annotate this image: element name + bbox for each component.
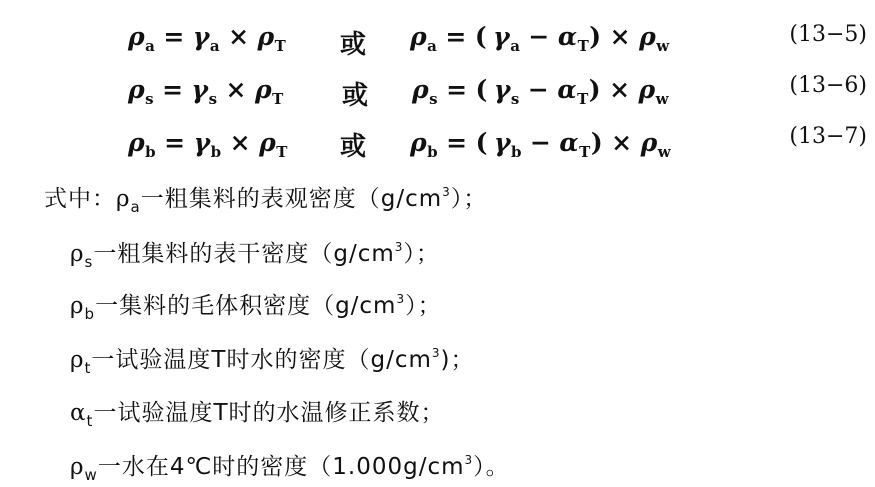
rho-symbol: ρ: [641, 128, 658, 157]
definition-text: 一集料的毛体积密度（g/cm: [95, 293, 396, 319]
rho-symbol: ρ: [128, 22, 145, 51]
definition-tail: ）；: [451, 186, 488, 212]
equation-row-13-5: ρa=γa×ρT 或 ρa=(γa−αT)×ρw (13−5): [0, 22, 875, 62]
subscript: T: [579, 143, 591, 161]
subscript: T: [276, 143, 288, 161]
equals-sign: =: [162, 75, 183, 104]
definition-text: 一粗集料的表干密度（g/cm: [93, 241, 394, 267]
or-word: 或: [342, 75, 368, 112]
rho-symbol: ρ: [128, 75, 145, 104]
definition-tail: )；: [441, 347, 475, 373]
equals-sign: =: [164, 128, 185, 157]
definition-line-rho-t: ρt一试验温度T时水的密度（g/cm3)；: [70, 341, 475, 377]
definition-tail: ）。: [473, 454, 510, 480]
definition-line-rho-a: 式中：ρa一粗集料的表观密度（g/cm3）；: [44, 180, 487, 216]
close-paren: ): [589, 22, 601, 51]
open-paren: (: [476, 128, 488, 157]
equation-row-13-6: ρs=γs×ρT 或 ρs=(γs−αT)×ρw (13−6): [0, 75, 875, 115]
gamma-symbol: γ: [494, 128, 511, 157]
subscript: w: [656, 90, 669, 108]
subscript: s: [429, 90, 438, 108]
times-sign: ×: [230, 128, 251, 157]
gamma-symbol: γ: [194, 128, 211, 157]
definitions-prefix: 式中：: [44, 186, 116, 212]
definition-line-rho-w: ρw一水在4℃时的密度（1.000g/cm3）。: [70, 448, 510, 484]
close-paren: ): [591, 128, 603, 157]
rho-symbol: ρ: [258, 22, 275, 51]
gamma-symbol: γ: [494, 75, 511, 104]
subscript: b: [211, 143, 222, 161]
alpha-symbol: α: [70, 400, 87, 426]
subscript: s: [145, 90, 154, 108]
subscript: a: [145, 37, 155, 55]
rho-symbol: ρ: [255, 75, 272, 104]
definition-text: 一水在4℃时的密度（1.000g/cm: [98, 454, 465, 480]
definition-text: 一粗集料的表观密度（g/cm: [141, 186, 442, 212]
definition-line-rho-b: ρb一集料的毛体积密度（g/cm3）；: [70, 287, 442, 323]
superscript: 3: [465, 453, 474, 467]
equation-right: ρs=(γs−αT)×ρw: [412, 75, 669, 108]
definition-line-rho-s: ρs一粗集料的表干密度（g/cm3）；: [70, 235, 440, 271]
equation-row-13-7: ρb=γb×ρT 或 ρb=(γb−αT)×ρw (13−7): [0, 128, 875, 168]
times-sign: ×: [610, 22, 631, 51]
rho-symbol: ρ: [259, 128, 276, 157]
definition-text: 一试验温度T时水的密度（g/cm: [91, 347, 431, 373]
gamma-symbol: γ: [192, 75, 209, 104]
minus-sign: −: [530, 128, 551, 157]
subscript: w: [656, 37, 669, 55]
subscript: w: [85, 466, 98, 484]
subscript: w: [658, 143, 671, 161]
or-word: 或: [340, 24, 366, 61]
rho-symbol: ρ: [639, 75, 656, 104]
equals-sign: =: [445, 22, 466, 51]
superscript: 3: [442, 185, 451, 199]
rho-symbol: ρ: [410, 128, 427, 157]
alpha-symbol: α: [559, 128, 579, 157]
subscript: T: [275, 37, 287, 55]
equals-sign: =: [446, 128, 467, 157]
subscript: s: [511, 90, 520, 108]
subscript: b: [85, 305, 96, 323]
rho-symbol: ρ: [70, 241, 85, 267]
superscript: 3: [432, 346, 441, 360]
open-paren: (: [475, 22, 487, 51]
subscript: a: [131, 198, 141, 216]
gamma-symbol: γ: [493, 22, 510, 51]
equation-right: ρa=(γa−αT)×ρw: [410, 22, 670, 55]
times-sign: ×: [609, 75, 630, 104]
subscript: T: [577, 90, 589, 108]
definition-text: 一试验温度T时的水温修正系数；: [93, 400, 444, 426]
equation-left: ρa=γa×ρT: [128, 22, 286, 55]
open-paren: (: [476, 75, 488, 104]
alpha-symbol: α: [557, 75, 577, 104]
equation-right: ρb=(γb−αT)×ρw: [410, 128, 671, 161]
rho-symbol: ρ: [412, 75, 429, 104]
or-word: 或: [340, 126, 366, 163]
subscript: a: [510, 37, 520, 55]
subscript: b: [511, 143, 522, 161]
times-sign: ×: [226, 75, 247, 104]
definition-tail: ）；: [403, 241, 440, 267]
minus-sign: −: [528, 75, 549, 104]
rho-symbol: ρ: [116, 186, 131, 212]
equation-left: ρb=γb×ρT: [128, 128, 288, 161]
subscript: b: [145, 143, 156, 161]
superscript: 3: [396, 292, 405, 306]
subscript: a: [427, 37, 437, 55]
equals-sign: =: [163, 22, 184, 51]
minus-sign: −: [528, 22, 549, 51]
rho-symbol: ρ: [70, 454, 85, 480]
equals-sign: =: [446, 75, 467, 104]
definition-tail: ）；: [405, 293, 442, 319]
equation-number: (13−7): [789, 124, 867, 149]
rho-symbol: ρ: [128, 128, 145, 157]
alpha-symbol: α: [558, 22, 578, 51]
equation-left: ρs=γs×ρT: [128, 75, 284, 108]
rho-symbol: ρ: [70, 347, 85, 373]
close-paren: ): [589, 75, 601, 104]
subscript: b: [427, 143, 438, 161]
subscript: T: [578, 37, 590, 55]
subscript: a: [210, 37, 220, 55]
times-sign: ×: [611, 128, 632, 157]
rho-symbol: ρ: [410, 22, 427, 51]
subscript: s: [209, 90, 218, 108]
times-sign: ×: [228, 22, 249, 51]
gamma-symbol: γ: [193, 22, 210, 51]
subscript: T: [272, 90, 284, 108]
rho-symbol: ρ: [70, 293, 85, 319]
equation-number: (13−6): [789, 73, 867, 98]
definition-line-alpha-t: αt一试验温度T时的水温修正系数；: [70, 394, 445, 430]
rho-symbol: ρ: [639, 22, 656, 51]
equation-number: (13−5): [789, 22, 867, 47]
